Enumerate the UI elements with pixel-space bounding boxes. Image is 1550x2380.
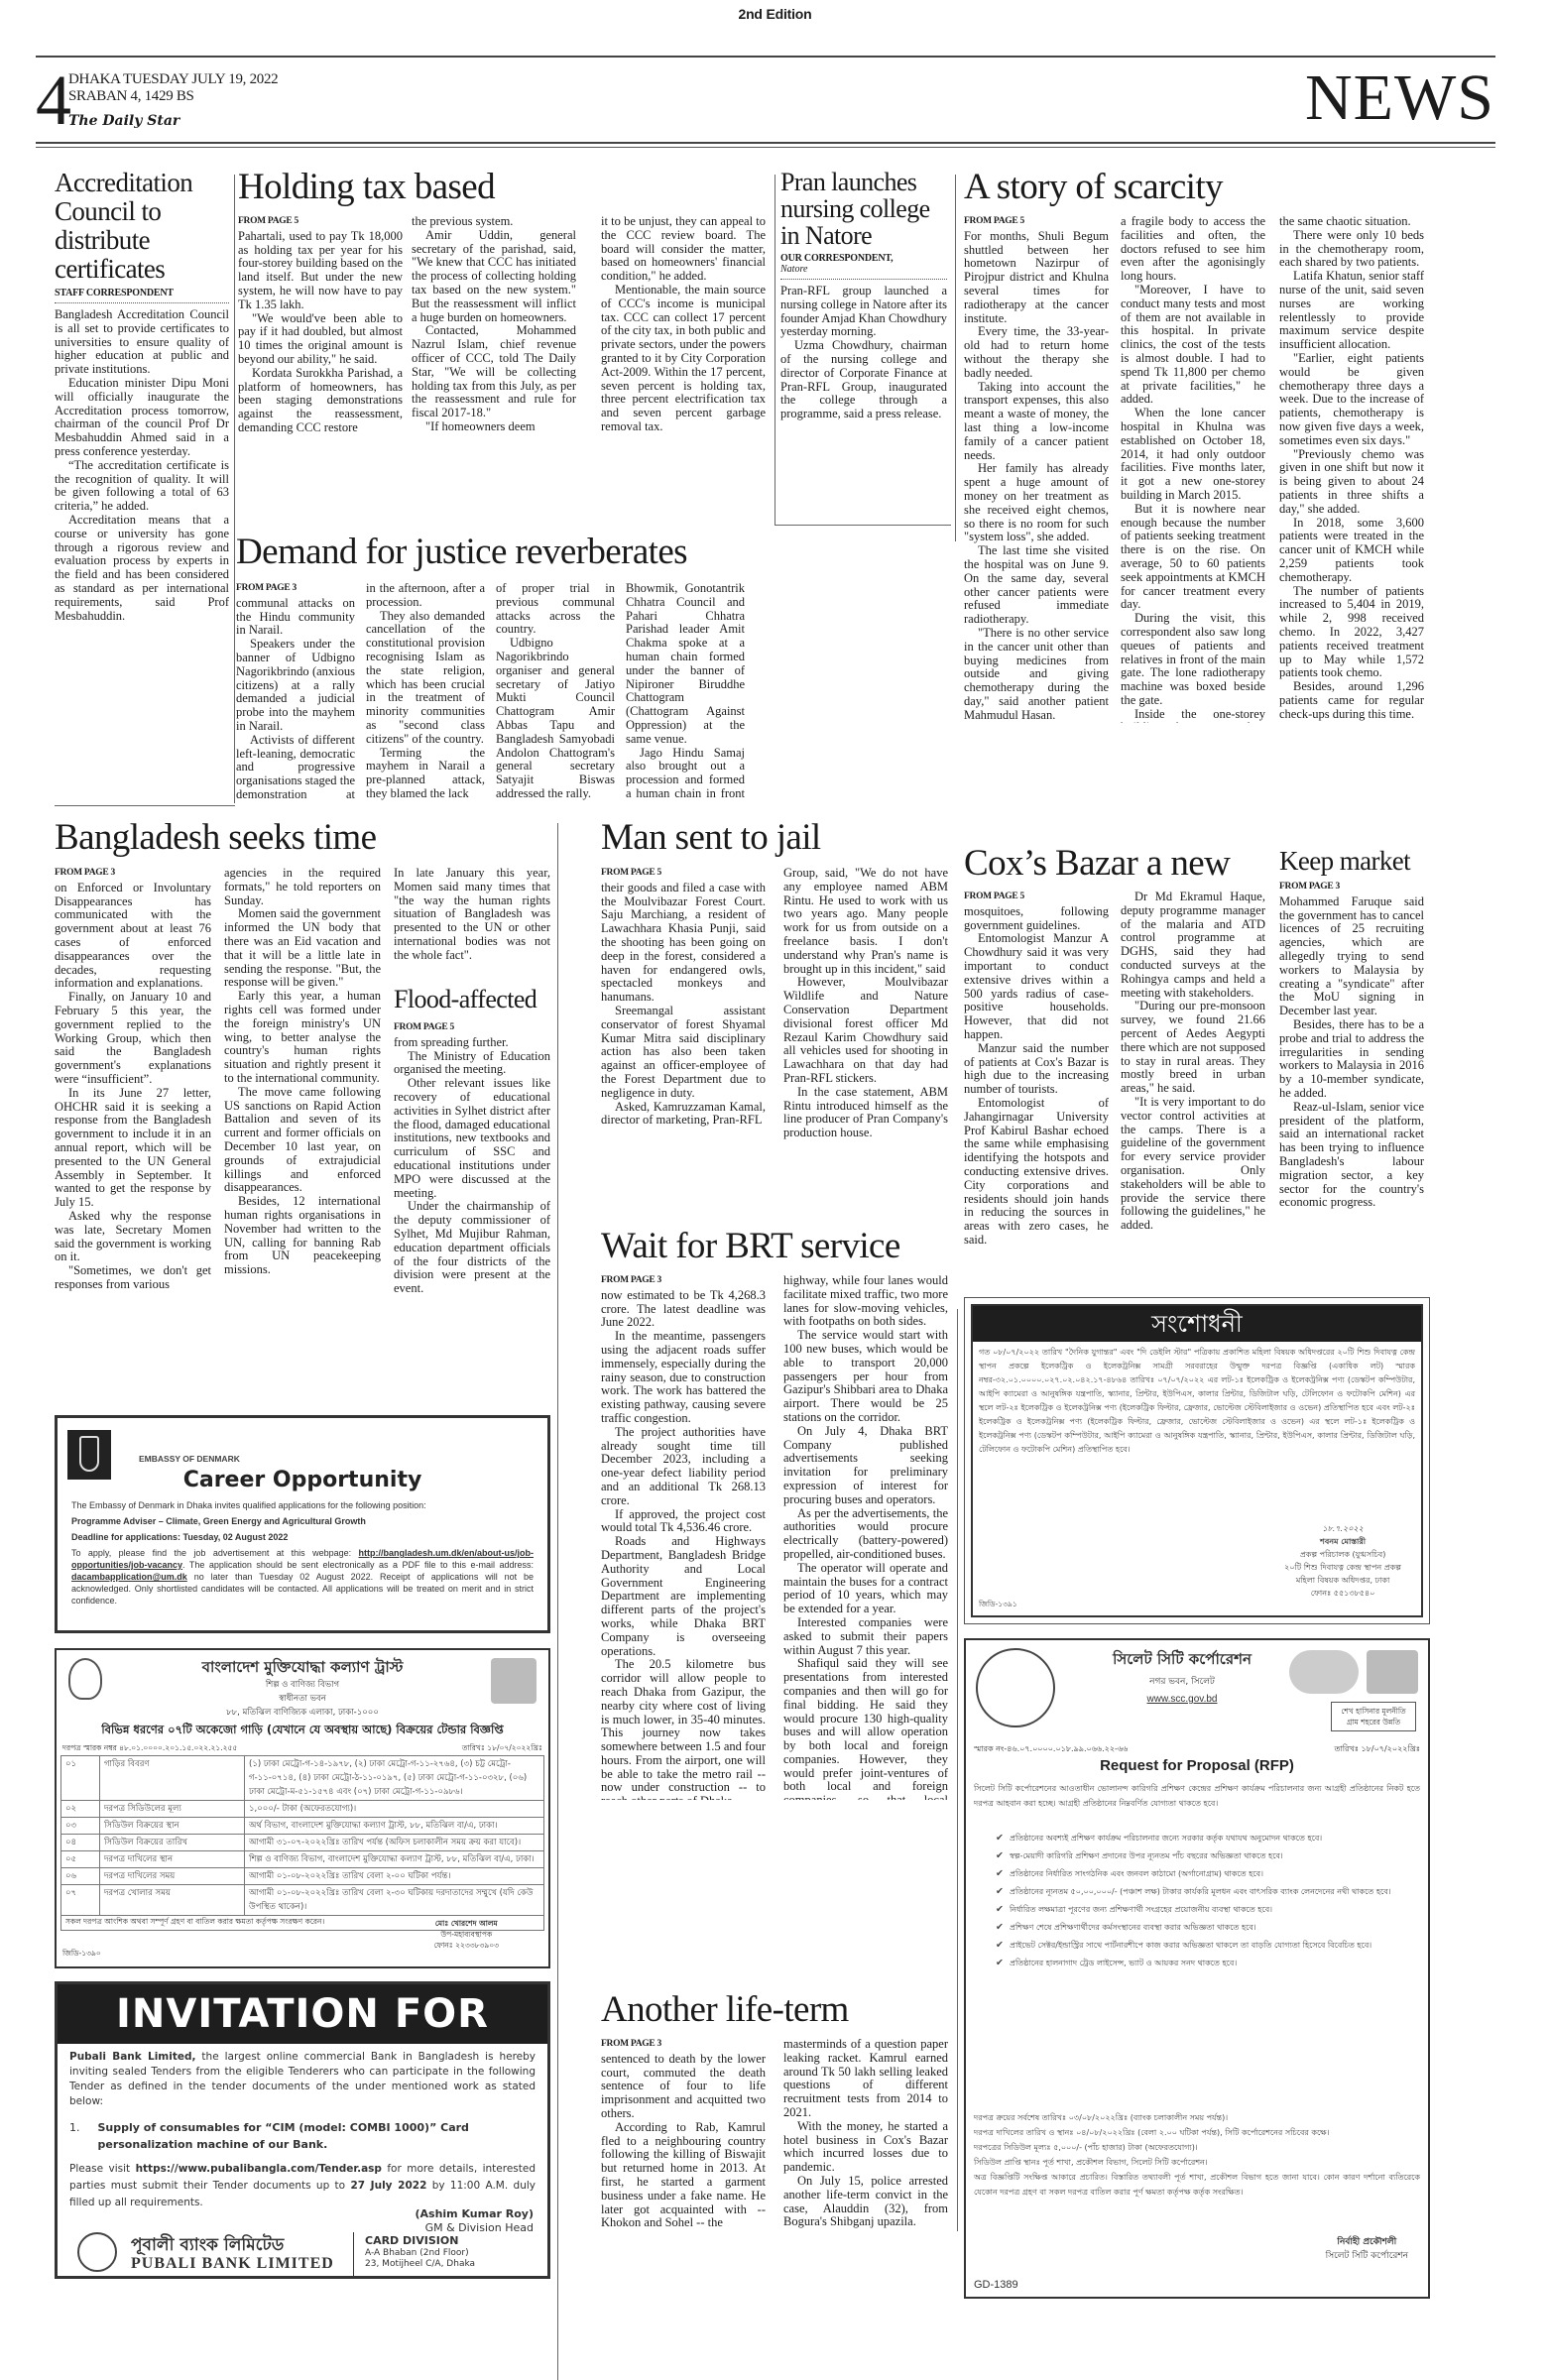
requirement-item: ✔প্রতিষ্ঠানের ন্যূনতম ৫০,০০,০০০/- (পঞ্চা… (996, 1884, 1420, 1899)
table-cell-no: ০৫ (61, 1851, 100, 1868)
paragraph: The project authorities have already sou… (601, 1426, 766, 1508)
paragraph: the previous system. (412, 215, 576, 229)
ad-banner: INVITATION FOR TENDER (58, 1984, 547, 2044)
note-line: দরপত্র দাখিলের তারিখ ও স্থানঃ ০৪/০৮/২০২২… (974, 2125, 1420, 2140)
article-body: Bangladesh Accreditation Council is all … (55, 308, 229, 834)
table-cell-no: ০১ (61, 1756, 100, 1801)
address-line: A-A Bhaban (2nd Floor) (365, 2248, 475, 2259)
paragraph: on Enforced or Involuntary Disappearance… (55, 882, 211, 991)
tender-details-table: ০১গাড়ির বিবরণ(১) ঢাকা মেট্রো-গ-১৪-১৯৭৮,… (60, 1755, 544, 1916)
table-cell-item: সিডিউল বিক্রয়ের স্থান (99, 1818, 244, 1835)
table-cell-detail: (১) ঢাকা মেট্রো-গ-১৪-১৯৭৮, (২) ঢাকা মেট্… (245, 1756, 544, 1801)
paragraph: Sreemangal assistant conservator of fore… (601, 1005, 766, 1101)
paragraph: Shafiqul said they will see presentation… (783, 1657, 948, 1800)
paragraph: Pran-RFL group launched a nursing colleg… (780, 285, 947, 339)
paragraph: communal attacks on the Hindu community … (236, 597, 355, 638)
ad-sylhet-rfp: সিলেট সিটি কর্পোরেশন নগর ভবন, সিলেট www.… (964, 1638, 1430, 2299)
ad-dept: শিল্প ও বাণিজ্য বিভাগ (57, 1678, 548, 1692)
headline-coxs-bazar: Cox’s Bazar a new (964, 845, 1230, 883)
paragraph: Udbigno Nagorikbrindo organiser and gene… (496, 637, 615, 801)
ad-intro: সিলেট সিটি কর্পোরেশনের আওতাধীন ভোলানন্দ … (974, 1781, 1420, 1811)
requirement-text: স্বল্প-মেয়াদী কারিগরি প্রশিক্ষণ প্রদানে… (1010, 1848, 1283, 1863)
paragraph: Roads and Highways Department, Banglades… (601, 1535, 766, 1658)
ad-memo: দরপত্র স্মারক নম্বর ৪৮.০১.০০০০.২০১.১৫.০২… (62, 1743, 237, 1755)
ad-denmark-career: EMBASSY OF DENMARK Career Opportunity Th… (55, 1415, 550, 1633)
paragraph: Interested companies were asked to submi… (783, 1616, 948, 1657)
paragraph: mosquitoes, following government guideli… (964, 905, 1109, 933)
note-line: দরপত্রের সিডিউল মূল্যঃ ৫,০০০/- (পাঁচ হাজ… (974, 2140, 1420, 2155)
paragraph: In late January this year, Momen said ma… (394, 867, 550, 963)
headline-seeks-time: Bangladesh seeks time (55, 819, 376, 857)
signer: নির্বাহী প্রকৌশলী (1326, 2235, 1408, 2249)
column-rule (955, 175, 956, 541)
life-term-col-2: masterminds of a question paper leaking … (783, 2038, 948, 2236)
paragraph: Besides, around 1,296 patients came for … (1279, 680, 1424, 721)
paragraph: Pahartali, used to pay Tk 18,000 as hold… (238, 230, 403, 312)
paragraph: In the meantime, passengers using the ad… (601, 1330, 766, 1426)
paragraph: As per the advertisements, the authoriti… (783, 1507, 948, 1562)
divider (353, 2232, 354, 2278)
justice-col-2: in the afternoon, after a procession. Th… (366, 582, 485, 802)
paragraph: Amir Uddin, general secretary of the par… (412, 229, 576, 325)
text: To apply, please find the job advertisem… (71, 1548, 359, 1558)
table-cell-detail: আগামী ০১-০৮-২০২২খ্রিঃ তারিখ বেলা ২-০০ ঘট… (245, 1868, 544, 1885)
paragraph: But it is nowhere near enough because th… (1121, 503, 1265, 612)
checkmark-icon: ✔ (996, 1848, 1004, 1863)
ad-building: স্বাধীনতা ভবন (57, 1692, 548, 1706)
paragraph: Terming the mayhem in Narail a pre-plann… (366, 747, 485, 801)
ad-body: গত ০৮/০৭/২০২২ তারিখ "দৈনিক যুগান্তর" এবং… (973, 1342, 1421, 1461)
paragraph: the same chaotic situation. (1279, 215, 1424, 229)
table-row: ০৬দরপত্র দাখিলের সময়আগামী ০১-০৮-২০২২খ্র… (61, 1868, 544, 1885)
checkmark-icon: ✔ (996, 1902, 1004, 1917)
seeks-time-col-3: In late January this year, Momen said ma… (394, 867, 550, 976)
ad-address: নগর ভবন, সিলেট (1075, 1674, 1289, 1689)
column-rule (775, 175, 775, 526)
paragraph: Bhowmik, Gonotantrik Chhatra Council and… (626, 582, 745, 747)
paragraph: Early this year, a human rights cell was… (224, 990, 381, 1086)
paragraph: The Ministry of Education organised the … (394, 1050, 550, 1078)
paragraph: Besides, there has to be a probe and tri… (1279, 1018, 1424, 1101)
column-rule (234, 175, 235, 803)
seeks-time-col-2: agencies in the required formats," he to… (224, 867, 381, 1402)
paragraph: "It is very important to do vector contr… (1121, 1096, 1265, 1233)
from-page-label: FROM PAGE 5 (394, 1021, 550, 1035)
paragraph: a fragile body to access the facilities … (1121, 215, 1265, 284)
paragraph: However, Moulvibazar Wildlife and Nature… (783, 976, 948, 1085)
checkmark-icon: ✔ (996, 1938, 1004, 1953)
paragraph: Entomologist Manzur A Chowdhury said it … (964, 932, 1109, 1041)
ad-signature: (Ashim Kumar Roy) GM & Division Head (415, 2207, 534, 2235)
paragraph: Inside the one-storey building, the corr… (1121, 708, 1265, 723)
bank-name: Pubali Bank Limited, (69, 2051, 196, 2063)
requirement-item: ✔প্রতিষ্ঠানের হালনাগাদ ট্রেড লাইসেন্স, ভ… (996, 1956, 1420, 1970)
paragraph: With the money, he started a hotel busin… (783, 2120, 948, 2175)
page-number: 4 (36, 65, 71, 135)
scarcity-col-3: the same chaotic situation. There were o… (1279, 215, 1424, 723)
designation: GM & Division Head (415, 2221, 534, 2235)
headline-keep-market: Keep market (1279, 848, 1410, 876)
table-cell-item: দরপত্র সিডিউলের মূল্য (99, 1801, 244, 1818)
requirement-item: ✔প্রতিষ্ঠানের নির্ধারিত সাংগঠনিক এবং জনব… (996, 1866, 1420, 1881)
ad-date: তারিখঃ ১৮/০৭/২০২২খ্রিঃ (1334, 1743, 1420, 1756)
keep-market-body: FROM PAGE 3 Mohammed Faruque said the go… (1279, 881, 1424, 1287)
paragraph: Accreditation means that a course or uni… (55, 514, 229, 623)
paragraph: in the afternoon, after a procession. (366, 582, 485, 610)
requirement-text: প্রতিষ্ঠানের ন্যূনতম ৫০,০০,০০০/- (পঞ্চাশ… (1010, 1884, 1391, 1899)
checkmark-icon: ✔ (996, 1866, 1004, 1881)
table-row: ০৪সিডিউল বিক্রয়ের তারিখআগামী ৩১-০৭-২০২২… (61, 1835, 544, 1851)
table-cell-no: ০২ (61, 1801, 100, 1818)
flood-body: FROM PAGE 5 from spreading further. The … (394, 1021, 550, 1402)
ad-title: Career Opportunity (58, 1468, 547, 1492)
justice-col-3: of proper trial in previous communal att… (496, 582, 615, 802)
requirements-list: ✔প্রতিষ্ঠানের অবশ্যই প্রশিক্ষণ কার্যক্রম… (996, 1831, 1420, 1973)
table-cell-item: গাড়ির বিবরণ (99, 1756, 244, 1801)
paragraph: "Earlier, eight patients would be given … (1279, 352, 1424, 448)
paragraph: Activists of different left-leaning, dem… (236, 734, 355, 802)
checkmark-icon: ✔ (996, 1884, 1004, 1899)
from-page-label: FROM PAGE 3 (601, 1274, 766, 1288)
division-name: CARD DIVISION (365, 2234, 475, 2248)
ad-title: সংশোধনী (973, 1306, 1421, 1342)
table-cell-item: দরপত্র দাখিলের স্থান (99, 1851, 244, 1868)
paragraph: They also demanded cancellation of the c… (366, 610, 485, 747)
paragraph: On July 4, Dhaka BRT Company published a… (783, 1425, 948, 1507)
dateline-place: Natore (780, 264, 947, 275)
ad-org: সিলেট সিটি কর্পোরেশন (1075, 1648, 1289, 1673)
email-link[interactable]: dacamb­application@um.dk (71, 1572, 187, 1582)
tender-item: 1. Supply of consumables for “CIM (model… (69, 2119, 488, 2153)
paragraph: Kordata Surokkha Parishad, a platform of… (238, 367, 403, 435)
paragraph: agencies in the required formats," he to… (224, 867, 381, 907)
paragraph: Mentionable, the main source of CCC's in… (601, 284, 766, 434)
holding-tax-col-2: the previous system. Amir Uddin, general… (412, 215, 576, 503)
seeks-time-col-1: FROM PAGE 3 on Enforced or Involuntary D… (55, 867, 211, 1402)
table-cell-detail: আগামী ৩১-০৭-২০২২খ্রিঃ তারিখ পর্যন্ত (অফি… (245, 1835, 544, 1851)
ad-signature: ১৮.৭.২০২২ শবনম মোস্তারী প্রকল্প পরিচালক … (1284, 1522, 1401, 1600)
paragraph: "There is no other service in the cancer… (964, 627, 1109, 723)
table-row: ০১গাড়ির বিবরণ(১) ঢাকা মেট্রো-গ-১৪-১৯৭৮,… (61, 1756, 544, 1801)
bangladesh-50-logo-icon (1289, 1650, 1359, 1694)
byline: STAFF CORRESPONDENT (55, 288, 229, 298)
paragraph: Finally, on January 10 and February 5 th… (55, 991, 211, 1087)
table-cell-no: ০৭ (61, 1885, 100, 1916)
paragraph: The last time she visited the hospital w… (964, 544, 1109, 627)
paragraph: highway, while four lanes would facilita… (783, 1274, 948, 1329)
section-title: NEWS (1305, 65, 1494, 131)
table-row: ০২দরপত্র সিডিউলের মূল্য১,০০০/- টাকা (অফে… (61, 1801, 544, 1818)
paragraph: If approved, the project cost would tota… (601, 1508, 766, 1536)
coxs-bazar-col-2: Dr Md Ekramul Haque, deputy programme ma… (1121, 891, 1265, 1287)
paragraph: Education minister Dipu Moni will offici… (55, 377, 229, 459)
ad-intro: The Embassy of Denmark in Dhaka invites … (71, 1499, 534, 1511)
paragraph: He also alleged that he had to wait for … (964, 722, 1109, 723)
paragraph: Mohammed Faruque said the government has… (1279, 895, 1424, 1018)
table-cell-no: ০৪ (61, 1835, 100, 1851)
header-rule-bottom-thin (36, 147, 1495, 148)
justice-col-4: Bhowmik, Gonotantrik Chhatra Council and… (626, 582, 745, 802)
paragraph: Dr Md Ekramul Haque, deputy programme ma… (1121, 891, 1265, 1000)
notes-list: দরপত্র ক্রয়ের সর্বশেষ তারিখঃ ০৩/০৮/২০২২… (974, 2110, 1420, 2200)
from-page-label: FROM PAGE 5 (964, 891, 1109, 904)
table-cell-detail: শিল্প ও বাণিজ্য বিভাগ, বাংলাদেশ মুক্তিযো… (245, 1851, 544, 1868)
scarcity-col-1: FROM PAGE 5 For months, Shuli Begum shut… (964, 215, 1109, 723)
item-text: Supply of consumables for “CIM (model: C… (98, 2119, 489, 2153)
coxs-bazar-col-1: FROM PAGE 5 mosquitoes, following govern… (964, 891, 1109, 1287)
paragraph: According to Rab, Kamrul fled to a neigh… (601, 2121, 766, 2230)
ad-title: Request for Proposal (RFP) (966, 1757, 1428, 1774)
requirement-item: ✔নির্ধারিত লক্ষমাত্রা পূরণের জন্য প্রশিক… (996, 1902, 1420, 1917)
table-cell-detail: অর্থ বিভাগ, বাংলাদেশ মুক্তিযোদ্ধা কল্যাণ… (245, 1818, 544, 1835)
table-row: ০৩সিডিউল বিক্রয়ের স্থানঅর্থ বিভাগ, বাংল… (61, 1818, 544, 1835)
paragraph: When the lone cancer hospital in Khulna … (1121, 407, 1265, 503)
headline: Pran launches nursing college in Natore (780, 169, 947, 249)
paragraph: now estimated to be Tk 4,268.3 crore. Th… (601, 1289, 766, 1330)
deadline: 27 July 2022 (350, 2180, 426, 2192)
requirement-item: ✔প্রশিক্ষণ শেষে প্রশিক্ষণার্থীদের কর্মসং… (996, 1920, 1420, 1935)
paragraph: sentenced to death by the lower court, c… (601, 2053, 766, 2121)
paragraph: Group, said, "We do not have any employe… (783, 867, 948, 976)
from-page-label: FROM PAGE 5 (238, 215, 403, 229)
ad-signature: নির্বাহী প্রকৌশলী সিলেট সিটি কর্পোরেশন (1326, 2235, 1408, 2263)
scarcity-col-2: a fragile body to access the facilities … (1121, 215, 1265, 723)
table-cell-no: ০৬ (61, 1868, 100, 1885)
ad-position: Programme Adviser – Climate, Green Energ… (71, 1515, 534, 1527)
table-cell-detail: ১,০০০/- টাকা (অফেরতযোগ্য)। (245, 1801, 544, 1818)
article-accreditation: Accreditation Council to distribute cert… (55, 169, 229, 834)
brt-col-2: highway, while four lanes would facilita… (783, 1274, 948, 1800)
table-row: ০৭দরপত্র খোলার সময়আগামী ০১-০৮-২০২২খ্রিঃ… (61, 1885, 544, 1916)
paragraph: Meanwhile, president of Jatiyo Mukti Cou… (496, 801, 615, 802)
paragraph: "Sometimes, we don't get responses from … (55, 1264, 211, 1292)
paragraph: Latifa Khatun, senior staff nurse of the… (1279, 270, 1424, 352)
corrigendum-frame: সংশোধনী গত ০৮/০৭/২০২২ তারিখ "দৈনিক যুগান… (971, 1304, 1423, 1617)
paragraph: Reaz-ul-Islam, senior vice president of … (1279, 1101, 1424, 1210)
byline: OUR CORRESPONDENT, (780, 253, 947, 264)
paragraph: In 2018, some 3,600 patients were treate… (1279, 517, 1424, 585)
scc-seal-icon (976, 1648, 1055, 1727)
article-pran: Pran launches nursing college in Natore … (780, 169, 947, 493)
header-rule-top (36, 56, 1495, 58)
table-cell-item: দরপত্র দাখিলের সময় (99, 1868, 244, 1885)
life-term-col-1: FROM PAGE 3 sentenced to death by the lo… (601, 2038, 766, 2236)
jail-col-2: Group, said, "We do not have any employe… (783, 867, 948, 1220)
table-row: ০৫দরপত্র দাখিলের স্থানশিল্প ও বাণিজ্য বি… (61, 1851, 544, 1868)
requirement-text: প্রতিষ্ঠানের অবশ্যই প্রশিক্ষণ কার্যক্রম … (1010, 1831, 1322, 1845)
column-rule (557, 823, 558, 2380)
paragraph: masterminds of a question paper leaking … (783, 2038, 948, 2120)
paragraph: Contacted, Mohammed Nazrul Islam, chief … (412, 324, 576, 420)
edition-label: 2nd Edition (0, 6, 1550, 22)
headline-life-term: Another life-term (601, 1991, 849, 2029)
designation: প্রকল্প পরিচালক (যুগ্মসচিব) (1284, 1548, 1401, 1561)
ad-pubali-tender: INVITATION FOR TENDER Pubali Bank Limite… (55, 1981, 550, 2279)
masthead-logo: The Daily Star (68, 113, 179, 129)
paragraph: The move came following US sanctions on … (224, 1086, 381, 1195)
division-block: CARD DIVISION A-A Bhaban (2nd Floor) 23,… (365, 2234, 475, 2270)
article-body: Pran-RFL group launched a nursing colleg… (780, 285, 947, 493)
from-page-label: FROM PAGE 3 (55, 867, 211, 881)
dateline: DHAKA TUESDAY JULY 19, 2022 SRABAN 4, 14… (68, 71, 278, 105)
note-line: সিডিউল প্রাপ্তি স্থানঃ পূর্ত শাখা, প্রকৌ… (974, 2155, 1420, 2170)
headline-holding-tax: Holding tax based (238, 169, 495, 206)
headline-jail: Man sent to jail (601, 819, 821, 857)
header-rule-bottom (36, 142, 1495, 144)
column-rule (775, 525, 951, 526)
column-rule (957, 1309, 958, 2231)
tender-table: ০১গাড়ির বিবরণ(১) ঢাকা মেট্রো-গ-১৪-১৯৭৮,… (60, 1755, 544, 1931)
from-page-label: FROM PAGE 3 (601, 2038, 766, 2052)
divider (55, 302, 229, 303)
paragraph: In the case statement, ABM Rintu introdu… (783, 1086, 948, 1140)
checkmark-icon: ✔ (996, 1831, 1004, 1845)
office: সিলেট সিটি কর্পোরেশন (1326, 2249, 1408, 2263)
requirement-item: ✔স্বল্প-মেয়াদী কারিগরি প্রশিক্ষণ প্রদান… (996, 1848, 1420, 1863)
headline-scarcity: A story of scarcity (964, 169, 1223, 206)
paragraph: The number of patients increased to 5,40… (1279, 585, 1424, 681)
paragraph: Bangladesh Accreditation Council is all … (55, 308, 229, 377)
paragraph: "Moreover, I have to conduct many tests … (1121, 284, 1265, 407)
requirement-text: প্রতিষ্ঠানের হালনাগাদ ট্রেড লাইসেন্স, ভ্… (1010, 1956, 1237, 1970)
ad-deadline: Deadline for applications: Tuesday, 02 A… (71, 1531, 534, 1543)
from-page-label: FROM PAGE 5 (964, 215, 1109, 229)
checkmark-icon: ✔ (996, 1956, 1004, 1970)
paragraph: “The accreditation certificate is the re… (55, 459, 229, 514)
signer: (Ashim Kumar Roy) (415, 2207, 534, 2221)
requirement-text: প্রাইভেট সেক্টর/ইন্ডাস্ট্রির সাথে পার্টন… (1010, 1938, 1371, 1953)
from-page-label: FROM PAGE 3 (1279, 881, 1424, 894)
tender-url-link[interactable]: https://www.pubalibangla.com/Tender.asp (136, 2163, 382, 2175)
column-rule (55, 805, 235, 806)
table-cell-no: ০৩ (61, 1818, 100, 1835)
ad-signature: মোঃ খোরশেদ আলম উপ-মহাব্যবস্থাপক ফোনঃ ২২৩… (434, 1918, 499, 1951)
paragraph: Entomologist of Jahangirnagar University… (964, 1097, 1109, 1248)
paragraph: Under the chairmanship of the deputy com… (394, 1200, 550, 1296)
text: Please visit (69, 2163, 136, 2175)
ad-org: EMBASSY OF DENMARK (139, 1454, 240, 1464)
office: মহিলা বিষয়ক অধিদপ্তর, ঢাকা (1284, 1574, 1401, 1587)
paragraph: On July 15, police arrested another life… (783, 2175, 948, 2229)
justice-col-1: FROM PAGE 3 communal attacks on the Hind… (236, 582, 355, 802)
ad-code: জিডি-১৩৯০ (62, 1949, 101, 1961)
ad-body: The Embassy of Denmark in Dhaka invites … (71, 1499, 534, 1606)
headline-justice: Demand for justice reverberates (236, 534, 687, 571)
paragraph: Manzur said the number of patients at Co… (964, 1042, 1109, 1097)
paragraph: There were only 10 beds in the chemother… (1279, 229, 1424, 270)
designation: উপ-মহাব্যবস্থাপক (434, 1929, 499, 1940)
requirement-text: প্রশিক্ষণ শেষে প্রশিক্ষণার্থীদের কর্মসংস… (1010, 1920, 1256, 1935)
paragraph: Jago Hindu Samaj also brought out a proc… (626, 747, 745, 802)
brt-col-1: FROM PAGE 3 now estimated to be Tk 4,268… (601, 1274, 766, 1800)
paragraph: During the visit, this correspondent als… (1121, 612, 1265, 708)
from-page-label: FROM PAGE 5 (601, 867, 766, 881)
paragraph: it to be unjust, they can appeal to the … (601, 215, 766, 284)
table-cell-item: দরপত্র খোলার সময় (99, 1885, 244, 1916)
paragraph: Asked, Kamruzzaman Kamal, director of ma… (601, 1101, 766, 1129)
ad-muktijoddha-tender: বাংলাদেশ মুক্তিযোদ্ধা কল্যাণ ট্রাস্ট শিল… (55, 1648, 550, 1968)
paragraph: from spreading further. (394, 1036, 550, 1050)
requirement-text: নির্ধারিত লক্ষমাত্রা পূরণের জন্য প্রশিক্… (1010, 1902, 1272, 1917)
headline: Accreditation Council to distribute cert… (55, 169, 229, 284)
ad-intro: Pubali Bank Limited, the largest online … (69, 2050, 536, 2109)
note-line: অত্র বিজ্ঞপ্তিটি সংক্ষিপ্ত আকারে প্রচারি… (974, 2170, 1420, 2200)
paragraph: Momen said the government informed the U… (224, 907, 381, 990)
website-link[interactable]: www.scc.gov.bd (1075, 1694, 1289, 1705)
ad-code: GD-1389 (974, 2279, 1018, 2291)
ad-address: ৮৮, মতিঝিল বাণিজ্যিক এলাকা, ঢাকা-১০০০ (57, 1706, 548, 1720)
from-page-label: FROM PAGE 3 (236, 582, 355, 596)
paragraph: Other relevant issues like recovery of e… (394, 1077, 550, 1200)
table-cell-item: সিডিউল বিক্রয়ের তারিখ (99, 1835, 244, 1851)
ad-memo: স্মারক নং-৪৬.০৭.০০০০.০১৮.৯৯.০৬৬.২২-৬৬ (974, 1743, 1128, 1756)
jail-col-1: FROM PAGE 5 their goods and filed a case… (601, 867, 766, 1220)
checkmark-icon: ✔ (996, 1920, 1004, 1935)
ad-code: জিডি-১৩৯১ (979, 1600, 1017, 1611)
paragraph: Asked why the response was late, Secreta… (55, 1210, 211, 1264)
paragraph: Taking into account the transport expens… (964, 381, 1109, 463)
paragraph: For months, Shuli Begum shuttled between… (964, 230, 1109, 326)
signer: মোঃ খোরশেদ আলম (434, 1918, 499, 1929)
paragraph: The service would start with 100 new bus… (783, 1329, 948, 1425)
slogan-box: শেখ হাসিনার মূলনীতি গ্রাম শহরের উন্নতি (1331, 1702, 1416, 1731)
paragraph: Besides, 12 international human rights o… (224, 1195, 381, 1277)
phone: ফোনঃ ২২৩৩৮৩৯০৩ (434, 1940, 499, 1951)
bank-name-en: PUBALI BANK LIMITED (131, 2255, 334, 2273)
table-cell-detail: আগামী ০১-০৮-২০২২খ্রিঃ তারিখ বেলা ২-৩০ ঘট… (245, 1885, 544, 1916)
paragraph: "If homeowners deem (412, 420, 576, 434)
requirement-item: ✔প্রাইভেট সেক্টর/ইন্ডাস্ট্রির সাথে পার্ট… (996, 1938, 1420, 1953)
paragraph: "We would've been able to pay if it had … (238, 312, 403, 367)
portrait-icon (1367, 1650, 1418, 1694)
ad-corrigendum: সংশোধনী গত ০৮/০৭/২০২২ তারিখ "দৈনিক যুগান… (964, 1297, 1430, 1624)
paragraph: of proper trial in previous communal att… (496, 582, 615, 637)
pubali-logo-icon (77, 2232, 117, 2272)
ad-visit: Please visit https://www.pubalibangla.co… (69, 2161, 536, 2211)
paragraph: The operator will operate and maintain t… (783, 1562, 948, 1616)
headline-flood: Flood-affected (394, 987, 537, 1013)
requirement-item: ✔প্রতিষ্ঠানের অবশ্যই প্রশিক্ষণ কার্যক্রম… (996, 1831, 1420, 1845)
note-line: দরপত্র ক্রয়ের সর্বশেষ তারিখঃ ০৩/০৮/২০২২… (974, 2110, 1420, 2125)
paragraph: The 20.5 kilometre bus corridor will all… (601, 1658, 766, 1800)
ad-date: তারিখঃ ১৮/০৭/২০২২খ্রিঃ (462, 1743, 542, 1755)
paragraph: "During our pre-monsoon survey, we found… (1121, 1000, 1265, 1096)
paragraph: In its June 27 letter, OHCHR said it is … (55, 1087, 211, 1210)
text: . The application should be sent electro… (182, 1560, 534, 1570)
divider (780, 279, 947, 280)
address-line: 23, Motijheel C/A, Dhaka (365, 2259, 475, 2270)
holding-tax-col-1: FROM PAGE 5 Pahartali, used to pay Tk 18… (238, 215, 403, 503)
ad-title: বিভিন্ন ধরণের ০৭টি অকেজো গাড়ি (যেখানে য… (60, 1722, 544, 1740)
paragraph: Speakers under the banner of Udbigno Nag… (236, 638, 355, 734)
paragraph: Every time, the 33-year-old had to retur… (964, 325, 1109, 380)
signer: শবনম মোস্তারী (1284, 1535, 1401, 1548)
project: ২০টি শিশু দিবাযত্ন কেন্দ্র স্থাপন প্রকল্… (1284, 1561, 1401, 1574)
item-number: 1. (69, 2119, 80, 2153)
signature-date: ১৮.৭.২০২২ (1284, 1522, 1401, 1535)
ad-apply-text: To apply, please find the job advertisem… (71, 1547, 534, 1606)
headline-brt: Wait for BRT service (601, 1228, 900, 1265)
paragraph: their goods and filed a case with the Mo… (601, 882, 766, 1005)
paragraph: Uzma Chowdhury, chairman of the nursing … (780, 339, 947, 421)
date-bangla: SRABAN 4, 1429 BS (68, 88, 278, 105)
paragraph: "Previously chemo was given in one shift… (1279, 448, 1424, 517)
date-english: DHAKA TUESDAY JULY 19, 2022 (68, 71, 278, 88)
phone: ফোনঃ ৫৫১৩৮৫৪০ (1284, 1587, 1401, 1600)
paragraph: Her family has already spent a huge amou… (964, 462, 1109, 544)
holding-tax-col-3: it to be unjust, they can appeal to the … (601, 215, 766, 503)
requirement-text: প্রতিষ্ঠানের নির্ধারিত সাংগঠনিক এবং জনবল… (1010, 1866, 1263, 1881)
